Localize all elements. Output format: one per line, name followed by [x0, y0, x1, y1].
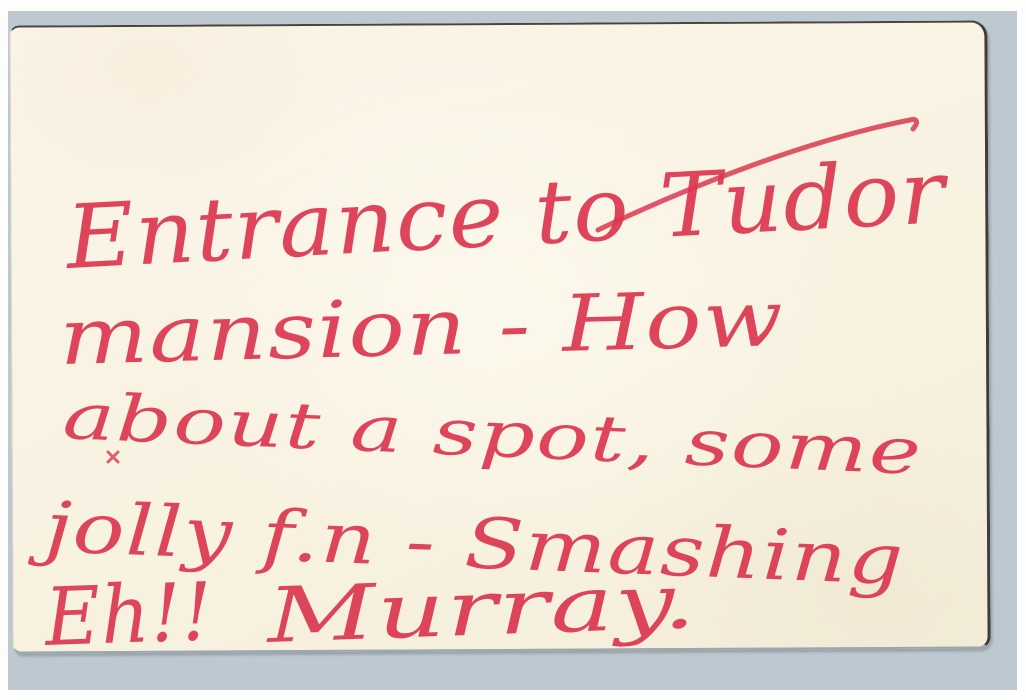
- scanned-postcard-image: Entrance to Tudor mansion - How about a …: [0, 0, 1026, 700]
- postcard: [9, 20, 990, 653]
